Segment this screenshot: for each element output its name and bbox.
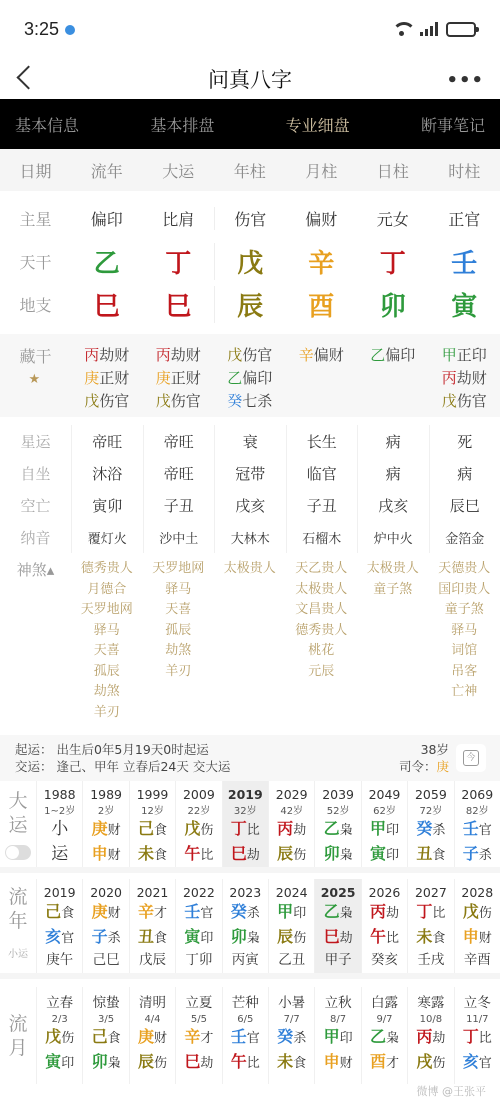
- info-cell: 金箔金: [429, 521, 500, 553]
- shishen: 印: [386, 848, 399, 863]
- ganzhi-char: 丁: [416, 902, 432, 921]
- canggan-stem: 戊: [84, 392, 99, 410]
- liunian-year: 2020: [90, 885, 122, 900]
- dizhi-cell: 寅: [429, 286, 500, 323]
- jieqi-date: 3/5: [98, 1014, 114, 1025]
- ganzhi-char: 己: [138, 819, 154, 838]
- tab-bar: 基本信息基本排盘专业细盘断事笔记: [0, 99, 500, 149]
- ganzhi-line: 甲印: [277, 900, 306, 925]
- canggan-label-cell: 藏干★: [0, 344, 71, 411]
- canggan-cell: 丙劫财庚正财戊伤官: [143, 344, 215, 411]
- canggan-shishen: 伤官: [457, 392, 487, 410]
- liuyue-col[interactable]: 白露9/7乙枭酉才: [361, 987, 407, 1084]
- canggan-stem: 庚: [84, 369, 99, 387]
- jieqi-name: 清明: [139, 993, 166, 1014]
- qiyun-text: 起运： 出生后0年5月19天0时起运: [15, 741, 230, 758]
- info-cell: 长生: [286, 425, 358, 457]
- liuyue-col[interactable]: 立春2/3戊伤寅印: [36, 987, 82, 1084]
- info-row-label: 纳音: [0, 521, 71, 553]
- header-col-6: 时柱: [429, 159, 500, 182]
- shensha-item: 天罗地网: [152, 559, 204, 580]
- info-row-label: 自坐: [0, 457, 71, 489]
- liuyue-col[interactable]: 清明4/4庚财辰伤: [129, 987, 175, 1084]
- jieqi-name: 芒种: [232, 993, 259, 1014]
- dayun-age: 62岁: [373, 802, 396, 817]
- dayun-toggle[interactable]: [5, 845, 31, 860]
- ganzhi-char: 卯: [92, 1052, 108, 1071]
- header-col-4: 月柱: [286, 159, 358, 182]
- xiaoyun-value: 丙寅: [232, 950, 259, 971]
- xiaoyun-value: 癸亥: [371, 950, 398, 971]
- info-row: 空亡寅卯子丑戌亥子丑戌亥辰巳: [0, 489, 500, 521]
- shensha-item: 太极贵人: [295, 580, 347, 601]
- status-bar: 3:25: [0, 0, 500, 58]
- info-cell: 冠带: [214, 457, 286, 489]
- shensha-item: 元辰: [308, 662, 334, 683]
- shishen: 官: [61, 931, 74, 946]
- ganzhi-char: 乙: [324, 902, 340, 921]
- ganzhi-line: 未食: [416, 925, 445, 950]
- shensha-row: 神煞▴德秀贵人月德合天罗地网驿马天喜孤辰劫煞羊刃天罗地网驿马天喜孤辰劫煞羊刃太极…: [0, 553, 500, 731]
- canggan-stem: 丙: [156, 346, 171, 364]
- ganzhi-char: 亥: [45, 927, 61, 946]
- ganzhi-char: 亥: [463, 1052, 479, 1071]
- dayun-year: 2049: [369, 787, 401, 802]
- liunian-col[interactable]: 2027丁比未食壬戌: [407, 879, 453, 973]
- dayun-col[interactable]: 200922岁戊伤午比: [175, 781, 221, 867]
- tab-2[interactable]: 专业细盘: [286, 113, 350, 136]
- tiangan-cell: 辛: [286, 243, 358, 280]
- xiaoyun-value: 庚午: [46, 950, 73, 971]
- dizhi-cell: 巳: [71, 286, 143, 323]
- ganzhi-char: 丙: [416, 1027, 432, 1046]
- ganzhi-line: 甲印: [324, 1025, 353, 1050]
- canggan-shishen: 正财: [171, 369, 201, 387]
- ganzhi-char: 子: [463, 844, 479, 863]
- shishen: 食: [154, 848, 167, 863]
- dayun-col[interactable]: 204962岁甲印寅印: [361, 781, 407, 867]
- shensha-item: 桃花: [308, 641, 334, 662]
- dayun-col[interactable]: 19892岁庚财申财: [82, 781, 128, 867]
- ganzhi-line: 乙枭: [324, 900, 353, 925]
- shensha-item: 文昌贵人: [295, 600, 347, 621]
- shensha-item: 月德合: [87, 580, 126, 601]
- ganzhi-char: 申: [463, 927, 479, 946]
- tab-0[interactable]: 基本信息: [15, 113, 79, 136]
- dizhi-label: 地支: [0, 293, 71, 316]
- info-cell: 帝旺: [143, 425, 215, 457]
- liunian-col[interactable]: 2024甲印辰伤乙丑: [268, 879, 314, 973]
- ganzhi-char: 寅: [184, 927, 200, 946]
- ganzhi-line: 午比: [231, 1050, 260, 1075]
- liunian-year: 2022: [183, 885, 215, 900]
- shishen: 才: [154, 906, 167, 921]
- shishen: 财: [108, 823, 121, 838]
- shensha-item: 劫煞: [94, 682, 120, 703]
- ganzhi-char: 未: [416, 927, 432, 946]
- canggan-item: 丙劫财: [156, 344, 201, 365]
- canggan-item: 丙劫财: [442, 367, 487, 388]
- ganzhi-char: 丑: [138, 927, 154, 946]
- ganzhi-char: 子: [92, 927, 108, 946]
- info-cell: 帝旺: [71, 425, 143, 457]
- wifi-icon: [392, 22, 412, 36]
- shishen: 伤: [432, 1056, 445, 1071]
- tiangan-cell: 丁: [143, 243, 215, 280]
- ganzhi-char: 己: [92, 1027, 108, 1046]
- canggan-shishen: 七杀: [242, 392, 272, 410]
- canggan-item: 戊伤官: [156, 390, 201, 411]
- canggan-stem: 戊: [156, 392, 171, 410]
- liunian-section: 流年小运2019己食亥官庚午2020庚财子杀己巳2021辛才丑食戊辰2022壬官…: [0, 873, 500, 979]
- liuyue-col[interactable]: 立夏5/5辛才巳劫: [175, 987, 221, 1084]
- dayun-col[interactable]: 19881~2岁小运: [36, 781, 82, 867]
- shishen: 比: [247, 1056, 260, 1071]
- shishen: 比: [386, 931, 399, 946]
- jieqi-name: 惊蛰: [93, 993, 120, 1014]
- shishen: 财: [479, 931, 492, 946]
- shishen: 劫: [386, 906, 399, 921]
- ganzhi-line: 丙劫: [416, 1025, 445, 1050]
- shishen: 比: [200, 848, 213, 863]
- info-cell: 子丑: [286, 489, 358, 521]
- liuyue-col[interactable]: 小暑7/7癸杀未食: [268, 987, 314, 1084]
- ganzhi-char: 戊: [184, 819, 200, 838]
- ganzhi-line: 午比: [370, 925, 399, 950]
- shensha-item: 德秀贵人: [295, 621, 347, 642]
- liunian-year: 2021: [137, 885, 169, 900]
- dayun-year: 2059: [415, 787, 447, 802]
- dayun-year: 1988: [44, 787, 76, 802]
- ganzhi-line: 癸杀: [416, 817, 445, 842]
- ganzhi-char: 午: [370, 927, 386, 946]
- ganzhi-line: 甲印: [370, 817, 399, 842]
- ganzhi-char: 甲: [277, 902, 293, 921]
- ganzhi-char: 寅: [45, 1052, 61, 1071]
- pin-icon[interactable]: ★: [29, 373, 43, 387]
- ganzhi-line: 亥官: [45, 925, 74, 950]
- shishen: 财: [108, 848, 121, 863]
- shensha-col: 天德贵人国印贵人童子煞驿马词馆吊客亡神: [429, 559, 500, 723]
- shishen: 杀: [108, 931, 121, 946]
- info-cell: 辰巳: [429, 489, 500, 521]
- ganzhi-char: 巳: [324, 927, 340, 946]
- status-time: 3:25: [24, 19, 59, 40]
- ganzhi-line: 丁比: [463, 1025, 492, 1050]
- dayun-col[interactable]: 205972岁癸杀丑食: [407, 781, 453, 867]
- shishen: 杀: [479, 848, 492, 863]
- liunian-col[interactable]: 2022壬官寅印丁卯: [175, 879, 221, 973]
- ganzhi-char: 卯: [231, 927, 247, 946]
- shishen: 食: [293, 1056, 306, 1071]
- zhuxing-cell: 伤官: [214, 207, 286, 230]
- info-table: 星运帝旺帝旺衰长生病死自坐沐浴帝旺冠带临官病病空亡寅卯子丑戌亥子丑戌亥辰巳纳音覆…: [0, 417, 500, 553]
- shishen: 食: [108, 1031, 121, 1046]
- shensha-item: 词馆: [451, 641, 477, 662]
- canggan-stem: 甲: [442, 346, 457, 364]
- ganzhi-char: 卯: [324, 844, 340, 863]
- ganzhi-line: 辰伤: [277, 842, 306, 867]
- shensha-toggle[interactable]: 神煞▴: [0, 559, 71, 723]
- ganzhi-line: 寅印: [370, 842, 399, 867]
- ganzhi-line: 丙劫: [370, 900, 399, 925]
- shishen: 食: [432, 848, 445, 863]
- ganzhi-line: 戊伤: [45, 1025, 74, 1050]
- shishen: 印: [340, 1031, 353, 1046]
- info-cell: 戌亥: [214, 489, 286, 521]
- tiangan-cell: 戊: [214, 243, 286, 280]
- canggan-item: 甲正印: [442, 344, 487, 365]
- ganzhi-char: 丁: [231, 819, 247, 838]
- shensha-item: 亡神: [451, 682, 477, 703]
- dayun-age: 52岁: [327, 802, 350, 817]
- ganzhi-line: 寅印: [45, 1050, 74, 1075]
- ganzhi-char: 乙: [324, 819, 340, 838]
- more-options-button[interactable]: •••: [446, 70, 484, 91]
- ganzhi-char: 壬: [184, 902, 200, 921]
- ganzhi-line: 癸杀: [277, 1025, 306, 1050]
- ganzhi-line: 巳劫: [324, 925, 353, 950]
- canggan-item: 戊伤官: [442, 390, 487, 411]
- liuyue-section: 流月立春2/3戊伤寅印惊蛰3/5己食卯枭清明4/4庚财辰伤立夏5/5辛才巳劫芒种…: [0, 979, 500, 1084]
- liunian-col[interactable]: 2020庚财子杀己巳: [82, 879, 128, 973]
- shensha-item: 吊客: [451, 662, 477, 683]
- info-cell: 子丑: [143, 489, 215, 521]
- canggan-item: 乙偏印: [370, 344, 415, 365]
- dizhi-row: 地支巳巳辰酉卯寅: [0, 283, 500, 326]
- zhuxing-cell: 偏财: [286, 207, 358, 230]
- info-cell: 戌亥: [357, 489, 429, 521]
- dayun-year: 1999: [137, 787, 169, 802]
- canggan-item: 癸七杀: [227, 390, 272, 411]
- ganzhi-line: 壬官: [231, 1025, 260, 1050]
- ganzhi-char: 戌: [416, 1052, 432, 1071]
- ganzhi-line: 卯枭: [231, 925, 260, 950]
- ganzhi-line: 丑食: [138, 925, 167, 950]
- dayun-label-char: 运: [8, 813, 27, 837]
- ganzhi-char: 甲: [324, 1027, 340, 1046]
- shensha-item: 童子煞: [445, 600, 484, 621]
- shishen: 枭: [247, 931, 260, 946]
- ganzhi-char: 丙: [370, 902, 386, 921]
- ganzhi-line: 辰伤: [277, 925, 306, 950]
- shishen: 比: [479, 1031, 492, 1046]
- ganzhi-line: 申财: [324, 1050, 353, 1075]
- calendar-today-icon: 今: [463, 750, 479, 766]
- liunian-year: 2026: [369, 885, 401, 900]
- ganzhi-line: 小: [51, 817, 68, 842]
- liunian-col[interactable]: 2025乙枭巳劫甲子: [314, 879, 360, 973]
- ganzhi-line: 申财: [463, 925, 492, 950]
- xiaoyun-value: 己巳: [93, 950, 120, 971]
- ganzhi-line: 庚财: [138, 1025, 167, 1050]
- dayun-col[interactable]: 206982岁壬官子杀: [454, 781, 500, 867]
- info-cell: 临官: [286, 457, 358, 489]
- shishen: 财: [154, 1031, 167, 1046]
- shishen: 枭: [340, 823, 353, 838]
- info-row: 星运帝旺帝旺衰长生病死: [0, 425, 500, 457]
- shensha-item: 驿马: [165, 580, 191, 601]
- ganzhi-char: 壬: [231, 1027, 247, 1046]
- yun-info-bar: 起运： 出生后0年5月19天0时起运 交运： 逢己、甲年 立春后24天 交大运 …: [0, 735, 500, 781]
- info-cell: 炉中火: [357, 521, 429, 553]
- ganzhi-char: 庚: [92, 819, 108, 838]
- liunian-col[interactable]: 2019己食亥官庚午: [36, 879, 82, 973]
- shishen: 杀: [247, 906, 260, 921]
- canggan-label: 藏干: [19, 344, 51, 367]
- shishen: 才: [386, 1056, 399, 1071]
- ganzhi-line: 庚财: [92, 817, 121, 842]
- ganzhi-line: 丁比: [231, 817, 260, 842]
- info-cell: 沐浴: [71, 457, 143, 489]
- ganzhi-char: 庚: [138, 1027, 154, 1046]
- shensha-item: 太极贵人: [224, 559, 276, 580]
- xiaoyun-value: 戊辰: [139, 950, 166, 971]
- liuyue-col[interactable]: 芒种6/5壬官午比: [222, 987, 268, 1084]
- jieqi-date: 10/8: [420, 1014, 442, 1025]
- jieqi-date: 7/7: [284, 1014, 300, 1025]
- ganzhi-char: 丙: [277, 819, 293, 838]
- info-cell: 大林木: [214, 521, 286, 553]
- canggan-stem: 戊: [442, 392, 457, 410]
- tiangan-row: 天干乙丁戊辛丁壬: [0, 240, 500, 283]
- ganzhi-line: 巳劫: [231, 842, 260, 867]
- shensha-item: 太极贵人: [367, 559, 419, 580]
- shensha-item: 国印贵人: [438, 580, 490, 601]
- shishen: 杀: [293, 1031, 306, 1046]
- zhuxing-cell: 比肩: [143, 207, 215, 230]
- zhuxing-cell: 偏印: [71, 207, 143, 230]
- canggan-stem: 丙: [442, 369, 457, 387]
- liunian-year: 2023: [229, 885, 261, 900]
- info-cell: 病: [429, 457, 500, 489]
- ganzhi-line: 己食: [92, 1025, 121, 1050]
- canggan-shishen: 偏印: [242, 369, 272, 387]
- jieqi-name: 立秋: [325, 993, 352, 1014]
- dayun-col[interactable]: 202942岁丙劫辰伤: [268, 781, 314, 867]
- liuyue-col[interactable]: 寒露10/8丙劫戌伤: [407, 987, 453, 1084]
- canggan-stem: 癸: [227, 392, 242, 410]
- canggan-shishen: 劫财: [99, 346, 129, 364]
- ganzhi-char: 申: [324, 1052, 340, 1071]
- shishen: 食: [61, 906, 74, 921]
- shishen: 比: [247, 823, 260, 838]
- canggan-item: 辛偏财: [299, 344, 344, 365]
- today-button[interactable]: 今: [456, 744, 486, 772]
- dayun-col[interactable]: 199912岁己食未食: [129, 781, 175, 867]
- info-row-label: 空亡: [0, 489, 71, 521]
- ganzhi-char: 午: [231, 1052, 247, 1071]
- liunian-col[interactable]: 2028戊伤申财辛酉: [454, 879, 500, 973]
- back-button[interactable]: [12, 64, 40, 92]
- shishen: 比: [432, 906, 445, 921]
- canggan-cell: 甲正印丙劫财戊伤官: [429, 344, 500, 411]
- jieqi-name: 寒露: [417, 993, 444, 1014]
- shensha-item: 童子煞: [373, 580, 412, 601]
- ganzhi-char: 壬: [463, 819, 479, 838]
- ganzhi-line: 丁比: [416, 900, 445, 925]
- ganzhi-char: 癸: [277, 1027, 293, 1046]
- shensha-item: 驿马: [451, 621, 477, 642]
- dizhi-cell: 巳: [143, 286, 215, 323]
- zhuxing-row: 主星偏印比肩伤官偏财元女正官: [0, 197, 500, 240]
- ganzhi-char: 辰: [277, 844, 293, 863]
- liunian-label-char: 流: [8, 885, 27, 909]
- shishen: 枭: [108, 1056, 121, 1071]
- dayun-year: 2069: [461, 787, 493, 802]
- canggan-shishen: 劫财: [457, 369, 487, 387]
- ganzhi-line: 巳劫: [184, 1050, 213, 1075]
- liuyue-col[interactable]: 惊蛰3/5己食卯枭: [82, 987, 128, 1084]
- liuyue-label-char: 流: [8, 1012, 27, 1036]
- current-age: 38岁: [399, 741, 449, 758]
- zhuxing-cell: 正官: [429, 207, 500, 230]
- header-col-0: 日期: [0, 159, 71, 182]
- liunian-col[interactable]: 2023癸杀卯枭丙寅: [222, 879, 268, 973]
- tab-1[interactable]: 基本排盘: [150, 113, 214, 136]
- ganzhi-line: 申财: [92, 842, 121, 867]
- dayun-col[interactable]: 201932岁丁比巳劫: [222, 781, 268, 867]
- info-cell: 死: [429, 425, 500, 457]
- shishen: 官: [479, 823, 492, 838]
- jieqi-name: 立春: [46, 993, 73, 1014]
- tiangan-cell: 壬: [429, 243, 500, 280]
- tiangan-label: 天干: [0, 250, 71, 273]
- dayun-col[interactable]: 203952岁乙枭卯枭: [314, 781, 360, 867]
- shishen: 官: [247, 1031, 260, 1046]
- shensha-item: 天喜: [94, 641, 120, 662]
- dayun-section: 大运19881~2岁小运19892岁庚财申财199912岁己食未食200922岁…: [0, 781, 500, 873]
- tiangan-cell: 丁: [357, 243, 429, 280]
- liuyue-col[interactable]: 立秋8/7甲印申财: [314, 987, 360, 1084]
- zhuxing-cell: 元女: [357, 207, 429, 230]
- ganzhi-line: 己食: [138, 817, 167, 842]
- dayun-year: 2039: [322, 787, 354, 802]
- ganzhi-char: 巳: [184, 1052, 200, 1071]
- liuyue-label-cell: 流月: [0, 987, 36, 1084]
- canggan-item: 戊伤官: [84, 390, 129, 411]
- dayun-year: 2029: [276, 787, 308, 802]
- ganzhi-char: 小: [51, 819, 68, 839]
- info-row-label: 星运: [0, 425, 71, 457]
- liunian-col[interactable]: 2026丙劫午比癸亥: [361, 879, 407, 973]
- shishen: 伤: [479, 906, 492, 921]
- jieqi-date: 2/3: [52, 1014, 68, 1025]
- shishen: 劫: [340, 931, 353, 946]
- ganzhi-line: 辛才: [184, 1025, 213, 1050]
- liunian-col[interactable]: 2021辛才丑食戊辰: [129, 879, 175, 973]
- dayun-age: 1~2岁: [44, 802, 75, 817]
- canggan-shishen: 伤官: [242, 346, 272, 364]
- jieqi-date: 11/7: [466, 1014, 488, 1025]
- jieqi-name: 小暑: [278, 993, 305, 1014]
- jieqi-date: 8/7: [330, 1014, 346, 1025]
- tab-3[interactable]: 断事笔记: [421, 113, 485, 136]
- page-title: 问真八字: [0, 64, 500, 94]
- shensha-item: 驿马: [94, 621, 120, 642]
- ganzhi-char: 酉: [370, 1052, 386, 1071]
- dayun-age: 22岁: [188, 802, 211, 817]
- shensha-item: 天罗地网: [81, 600, 133, 621]
- shensha-item: 天喜: [165, 600, 191, 621]
- ganzhi-char: 辰: [138, 1052, 154, 1071]
- ganzhi-char: 寅: [370, 844, 386, 863]
- liuyue-col[interactable]: 立冬11/7丁比亥官: [454, 987, 500, 1084]
- column-header: 日期流年大运年柱月柱日柱时柱: [0, 149, 500, 191]
- ganzhi-char: 己: [45, 902, 61, 921]
- shensha-item: 孤辰: [94, 662, 120, 683]
- ganzhi-char: 辰: [277, 927, 293, 946]
